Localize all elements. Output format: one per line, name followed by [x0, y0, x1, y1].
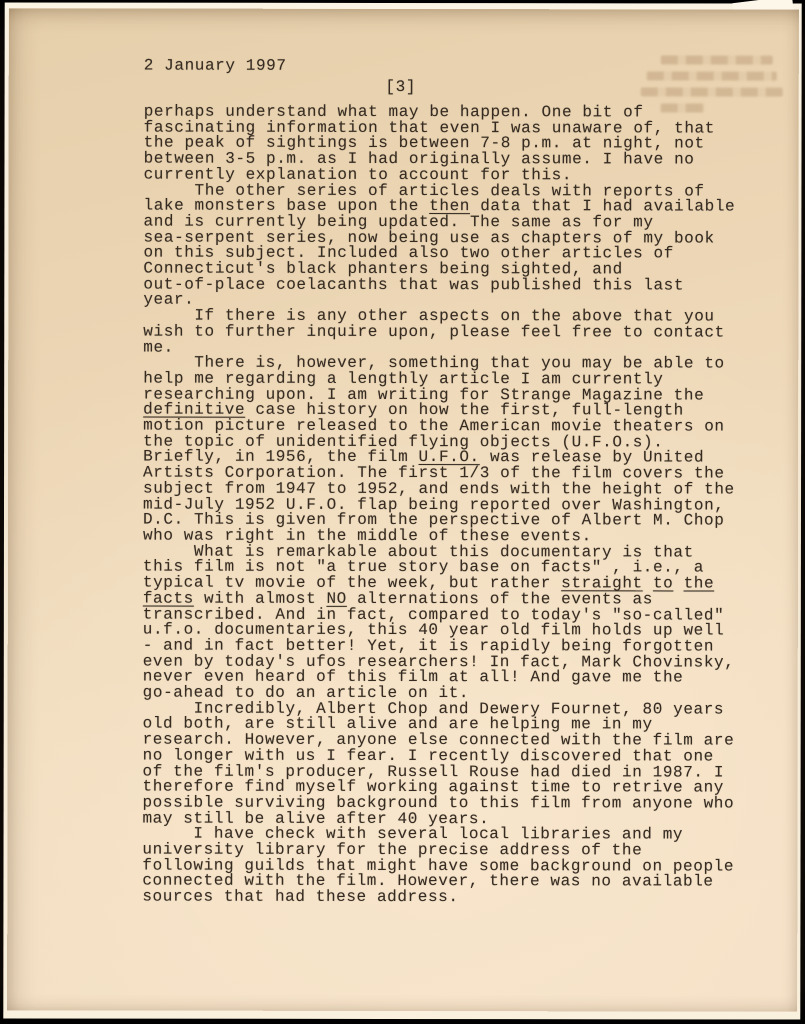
- bleed-through-line: [661, 55, 773, 64]
- text-segment: out-of-place coelacanths that was publis…: [143, 275, 684, 294]
- letter-body: perhaps understand what may be happen. O…: [142, 105, 763, 907]
- bleed-through-line: [647, 71, 777, 80]
- text-line: out-of-place coelacanths that was publis…: [143, 277, 763, 294]
- page-number: [3]: [371, 78, 431, 96]
- paragraph: What is remarkable about this documentar…: [143, 544, 763, 702]
- paragraph: I have check with several local librarie…: [142, 827, 762, 907]
- paragraph: Incredibly, Albert Chop and Dewery Fourn…: [142, 701, 762, 828]
- underlined-text: to: [653, 575, 673, 593]
- letter-date: 2 January 1997: [144, 57, 287, 75]
- text-line: wish to further inquire upon, please fee…: [143, 324, 763, 341]
- paragraph: The other series of articles deals with …: [143, 183, 763, 310]
- photo-background: 2 January 1997 [3] perhaps understand wh…: [0, 0, 805, 1024]
- underlined-text: the: [684, 575, 715, 593]
- paragraph: If there is any other aspects on the abo…: [143, 309, 763, 357]
- paragraph: perhaps understand what may be happen. O…: [144, 105, 764, 185]
- letter-page: 2 January 1997 [3] perhaps understand wh…: [7, 8, 799, 1011]
- bleed-through-line: [641, 87, 783, 96]
- paragraph: There is, however, something that you ma…: [143, 356, 763, 546]
- text-segment: wish to further inquire upon, please fee…: [143, 322, 725, 341]
- text-segment: sources that had these address.: [142, 888, 458, 907]
- text-line: sources that had these address.: [142, 890, 762, 907]
- text-segment: [673, 575, 683, 593]
